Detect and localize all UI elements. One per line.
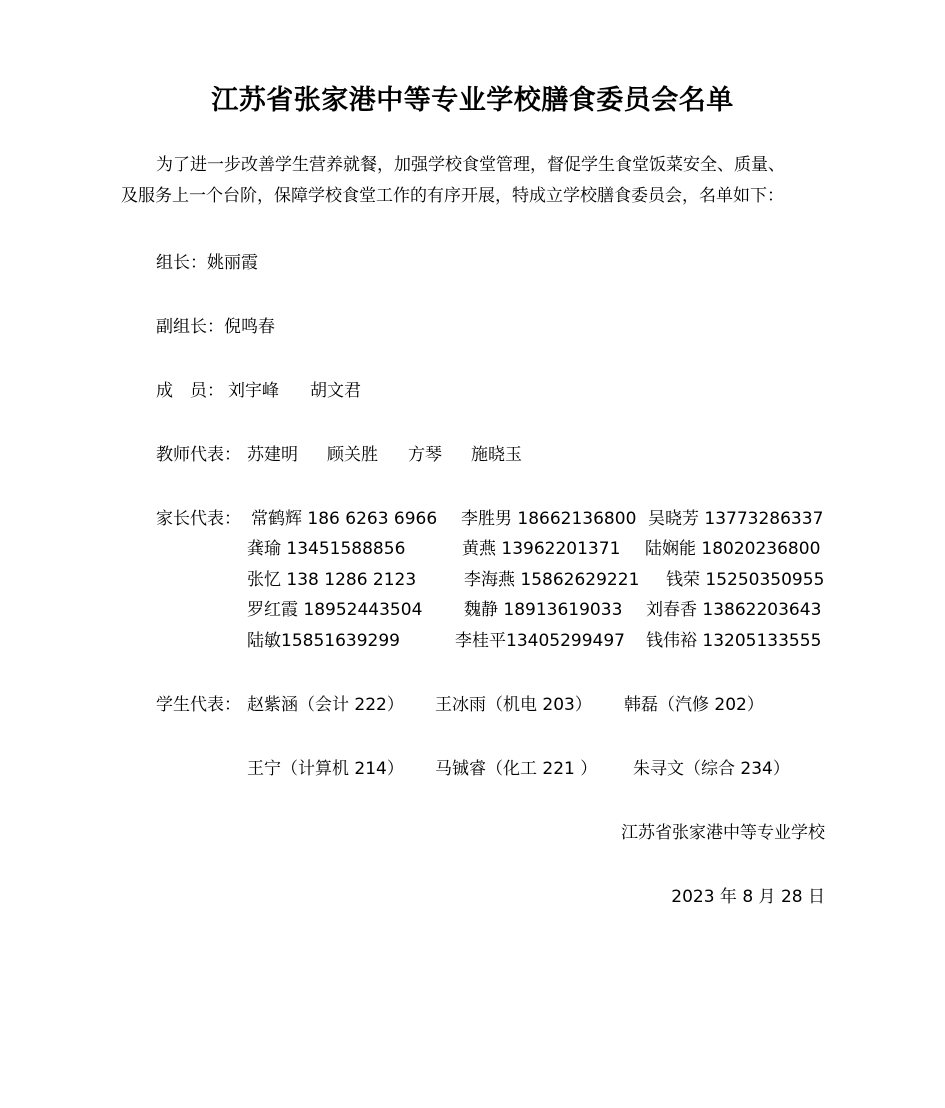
student-rep-entry: 王冰雨（机电 203） [435, 690, 592, 715]
parent-rep-entry: 李胜男 18662136800 [461, 504, 636, 529]
member-name: 胡文君 [310, 376, 361, 401]
parent-rep-entry: 刘春香 13862203643 [646, 595, 821, 620]
parent-rep-entry: 李海燕 15862629221 [464, 565, 639, 590]
student-rep-entry: 赵紫涵（会计 222） [247, 690, 404, 715]
leader-name: 姚丽霞 [207, 253, 258, 273]
document-page: 江苏省张家港中等专业学校膳食委员会名单 为了进一步改善学生营养就餐，加强学校食堂… [0, 0, 945, 1108]
parent-rep-entry: 龚瑜 13451588856 [247, 534, 405, 559]
parent-rep-entry: 张忆 138 1286 2123 [247, 565, 416, 590]
members-label: 成 员： [156, 376, 224, 401]
document-title: 江苏省张家港中等专业学校膳食委员会名单 [0, 78, 945, 117]
parent-rep-entry: 钱伟裕 13205133555 [646, 626, 821, 651]
teacher-rep-name: 方琴 [408, 440, 442, 465]
intro-paragraph-line-1: 为了进一步改善学生营养就餐，加强学校食堂管理，督促学生食堂饭菜安全、质量、 [156, 150, 785, 180]
student-rep-entry: 韩磊（汽修 202） [624, 690, 764, 715]
signature-school-name: 江苏省张家港中等专业学校 [621, 818, 825, 843]
deputy-leader-label: 副组长： [156, 317, 224, 337]
parent-rep-entry: 魏静 18913619033 [464, 595, 622, 620]
teacher-rep-name: 苏建明 [247, 440, 298, 465]
teacher-reps-label: 教师代表： [156, 440, 241, 465]
intro-paragraph-line-2: 及服务上一个台阶，保障学校食堂工作的有序开展，特成立学校膳食委员会，名单如下： [121, 181, 784, 211]
parent-reps-label: 家长代表： [156, 504, 241, 529]
parent-rep-entry: 常鹤辉 186 6263 6966 [251, 504, 437, 529]
member-name: 刘宇峰 [228, 376, 279, 401]
deputy-leader-row: 副组长：倪鸣春 [156, 312, 275, 337]
student-reps-label: 学生代表： [156, 690, 241, 715]
student-rep-entry: 王宁（计算机 214） [247, 754, 404, 779]
parent-rep-entry: 李桂平13405299497 [455, 626, 625, 651]
deputy-leader-name: 倪鸣春 [224, 317, 275, 337]
student-rep-entry: 朱寻文（综合 234） [633, 754, 790, 779]
parent-rep-entry: 黄燕 13962201371 [462, 534, 620, 559]
parent-rep-entry: 陆娴能 18020236800 [645, 534, 820, 559]
signature-date: 2023 年 8 月 28 日 [671, 882, 825, 907]
parent-rep-entry: 钱荣 15250350955 [666, 565, 824, 590]
leader-label: 组长： [156, 253, 207, 273]
teacher-rep-name: 施晓玉 [471, 440, 522, 465]
parent-rep-entry: 吴晓芳 13773286337 [648, 504, 823, 529]
teacher-rep-name: 顾关胜 [327, 440, 378, 465]
parent-rep-entry: 陆敏15851639299 [247, 626, 400, 651]
parent-rep-entry: 罗红霞 18952443504 [247, 595, 422, 620]
student-rep-entry: 马铖睿（化工 221 ） [435, 754, 597, 779]
leader-row: 组长：姚丽霞 [156, 248, 258, 273]
